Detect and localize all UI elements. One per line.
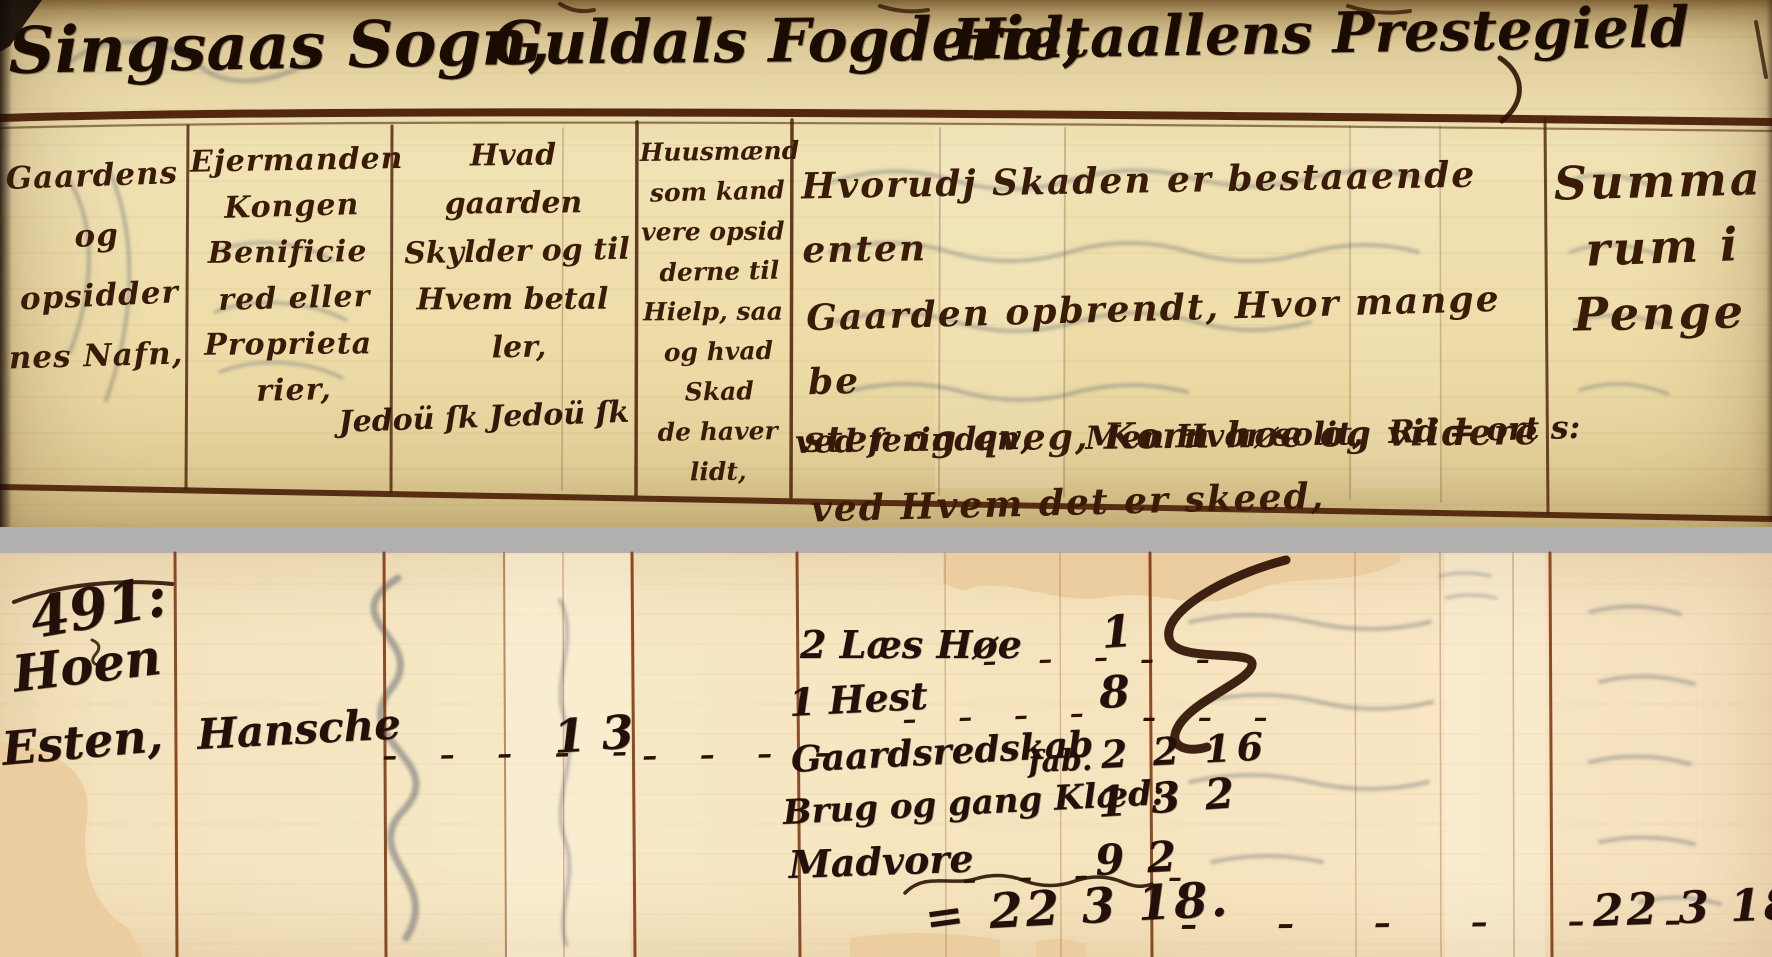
column-header-huusmaend-line: lidt, [644,451,793,493]
column-header-huusmaend-line: Hielp, saa [639,292,787,333]
column-header-skyld-line: ler, [403,322,636,374]
damage-item-dots: ſab. [1028,746,1093,778]
column-header-skade: Hvorudj Skaden er bestaaende enten Gaard… [801,142,1544,539]
column-header-huusmaend-line: vere opsid [639,212,787,253]
column-header-owner-line: Ejermanden [190,136,387,185]
damage-item-value: 1 [1100,610,1134,656]
column-header-farm: Gaardens og opsidder nes Nafn, [2,143,188,389]
column-header-owner: Ejermanden Kongen Benificie red eller Pr… [190,136,391,415]
manuscript-page: Singsaas Sogn, Guldals Fogderie, Holtaal… [0,0,1772,957]
page-title-parish: Singsaas Sogn, [8,11,551,84]
entry-person-name: Esten, [0,712,164,772]
column-header-skyld-line: Skylder og til [401,226,634,279]
column-header-skyld: Hvad gaarden Skylder og til Hvem betal l… [397,131,632,373]
column-header-huusmaend-line: Huusmænd [639,131,788,173]
skade-footer-mid: Men Hvor solit, [1085,417,1363,454]
column-header-summa-line: rum i [1556,210,1770,284]
damage-item-label: Madvore [788,840,974,884]
column-header-huusmaend-line: som kand [643,170,792,214]
column-header-owner-line: Benificie [189,229,385,277]
column-header-huusmaend-line: de haver [643,411,792,453]
damage-item-tail: – – [1140,646,1226,674]
page-title-prestegield: Holtaallens Prestegield [952,0,1690,68]
column-header-skyld-line: Hvem betal [396,276,628,325]
summa-total-value: 22 3 18: [1592,882,1772,934]
column-header-owner-line: Proprieta [190,321,386,369]
column-header-summa: Summa rum i Penge [1551,145,1768,348]
money-unit-header: Rd = ort s: [1388,411,1581,448]
column-header-skyld-line: Hvad gaarden [397,131,630,229]
column-header-skade-line: Hvorudj Skaden er bestaaende enten [801,142,1539,283]
column-header-huusmaend: Huusmænd som kand vere opsid derne til H… [639,131,792,493]
column-header-skade-line: Gaarden opbrendt, Hvor mange be [805,266,1544,415]
column-header-farm-line: nes Nafn, [6,324,186,389]
column-header-summa-line: Penge [1553,278,1766,348]
skade-footer-left: ved ferinden, [795,422,1032,458]
column-header-huusmaend-line: og hvad Skad [644,330,794,413]
entry-owner: Hansche [196,703,402,756]
pale-stripe [1445,553,1545,957]
column-header-owner-line: Kongen [193,181,390,232]
column-header-farm-line: og opsidder [6,202,189,330]
damage-item-value: 2 2 16 [1100,727,1270,774]
damage-item-value: 8 [1098,670,1131,716]
damage-item-value: 1 3 2 [1096,772,1241,824]
title-comma-swash [1500,58,1519,121]
column-header-huusmaend-line: derne til [645,250,794,293]
column-header-owner-line: red eller [196,273,393,324]
column-header-farm-line: Gaardens [2,143,182,209]
column-header-summa-line: Summa [1551,145,1765,217]
entry-skyld-value: 1 3 [552,708,635,759]
subtotal-equals: = [922,891,967,942]
